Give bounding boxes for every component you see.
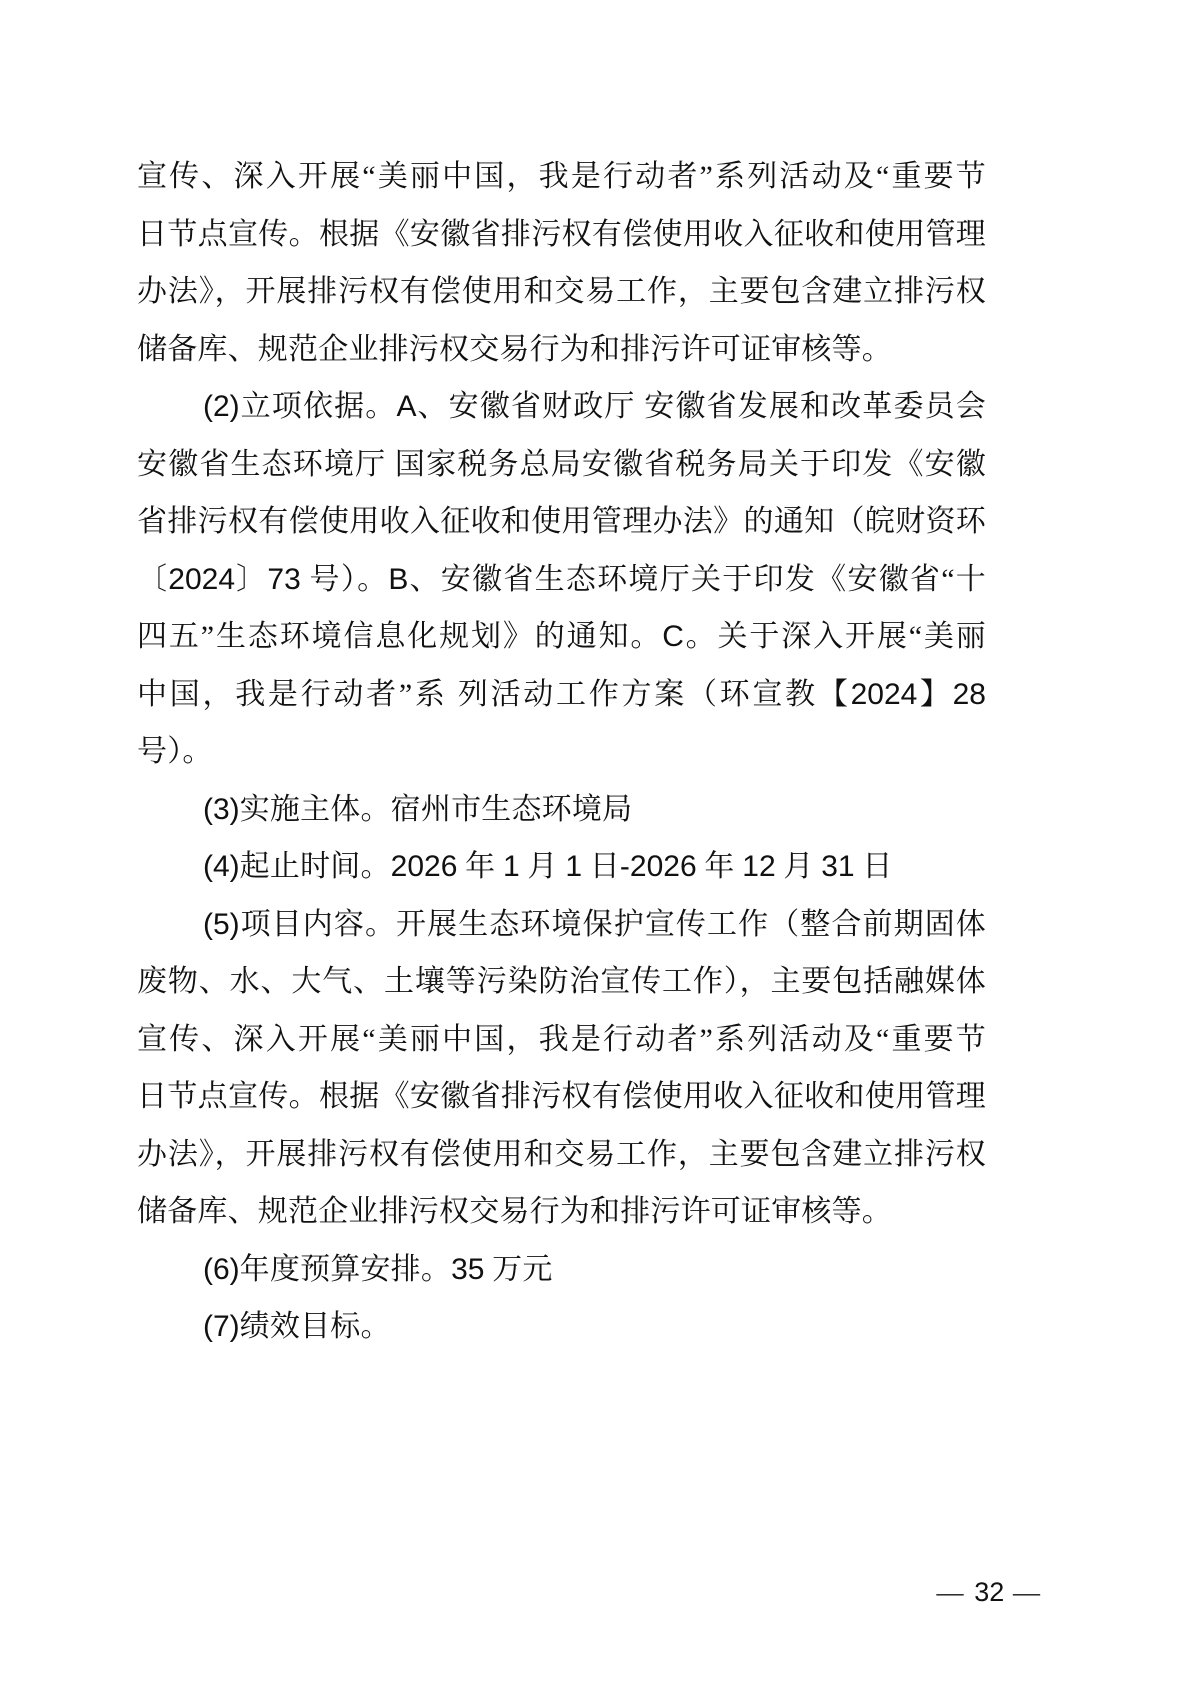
latin-text: 12 (742, 850, 775, 883)
text-line: (6)年度预算安排。35 万元 (137, 1241, 986, 1299)
latin-text: 2026 (391, 850, 458, 883)
text-line: (2)立项依据。A、安徽省财政厅 安徽省发展和改革委员会 (137, 378, 986, 436)
latin-text: 2024 (168, 563, 235, 596)
latin-text: (5) (203, 908, 240, 941)
document-page: 宣传、深入开展“美丽中国，我是行动者”系列活动及“重要节日节点宣传。根据《安徽省… (0, 0, 1190, 1683)
text-line: 办法》，开展排污权有偿使用和交易工作，主要包含建立排污权 (137, 1126, 986, 1184)
text-line: 〔2024〕73 号）。B、安徽省生态环境厅关于印发《安徽省“十 (137, 551, 986, 609)
text-line: 宣传、深入开展“美丽中国，我是行动者”系列活动及“重要节 (137, 148, 986, 206)
text-line: 日节点宣传。根据《安徽省排污权有偿使用收入征收和使用管理 (137, 1068, 986, 1126)
body-text: 宣传、深入开展“美丽中国，我是行动者”系列活动及“重要节日节点宣传。根据《安徽省… (137, 148, 986, 1356)
text-line: 四五”生态环境信息化规划》的通知。C。关于深入开展“美丽 (137, 608, 986, 666)
text-line: (4)起止时间。2026 年 1 月 1 日-2026 年 12 月 31 日 (137, 838, 986, 896)
text-line: 中国，我是行动者”系 列活动工作方案（环宣教【2024】28 (137, 666, 986, 724)
latin-text: 32 (974, 1577, 1004, 1607)
text-line: (3)实施主体。宿州市生态环境局 (137, 781, 986, 839)
page-number: — 32 — (936, 1572, 1042, 1612)
latin-text: 1 (565, 850, 582, 883)
latin-text: (3) (203, 793, 240, 826)
text-line: (5)项目内容。开展生态环境保护宣传工作（整合前期固体 (137, 896, 986, 954)
text-line: (7)绩效目标。 (137, 1298, 986, 1356)
text-line: 日节点宣传。根据《安徽省排污权有偿使用收入征收和使用管理 (137, 206, 986, 264)
latin-text: B (388, 563, 408, 596)
latin-text: 2024 (851, 678, 918, 711)
text-line: 储备库、规范企业排污权交易行为和排污许可证审核等。 (137, 321, 986, 379)
text-line: 宣传、深入开展“美丽中国，我是行动者”系列活动及“重要节 (137, 1011, 986, 1069)
latin-text: (4) (203, 850, 240, 883)
latin-text: 73 (267, 563, 300, 596)
text-line: 安徽省生态环境厅 国家税务总局安徽省税务局关于印发《安徽 (137, 436, 986, 494)
text-line: 省排污权有偿使用收入征收和使用管理办法》的通知（皖财资环 (137, 493, 986, 551)
latin-text: 31 (821, 850, 854, 883)
latin-text: -2026 (620, 850, 697, 883)
text-line: 办法》，开展排污权有偿使用和交易工作，主要包含建立排污权 (137, 263, 986, 321)
latin-text: C (662, 620, 684, 653)
latin-text: 28 (953, 678, 986, 711)
latin-text: (6) (203, 1253, 240, 1286)
latin-text: 1 (503, 850, 520, 883)
latin-text: A (396, 390, 416, 423)
text-line: 储备库、规范企业排污权交易行为和排污许可证审核等。 (137, 1183, 986, 1241)
text-line: 号）。 (137, 723, 986, 781)
text-line: 废物、水、大气、土壤等污染防治宣传工作），主要包括融媒体 (137, 953, 986, 1011)
latin-text: (2) (203, 390, 240, 423)
latin-text: 35 (451, 1253, 484, 1286)
latin-text: (7) (203, 1310, 240, 1343)
